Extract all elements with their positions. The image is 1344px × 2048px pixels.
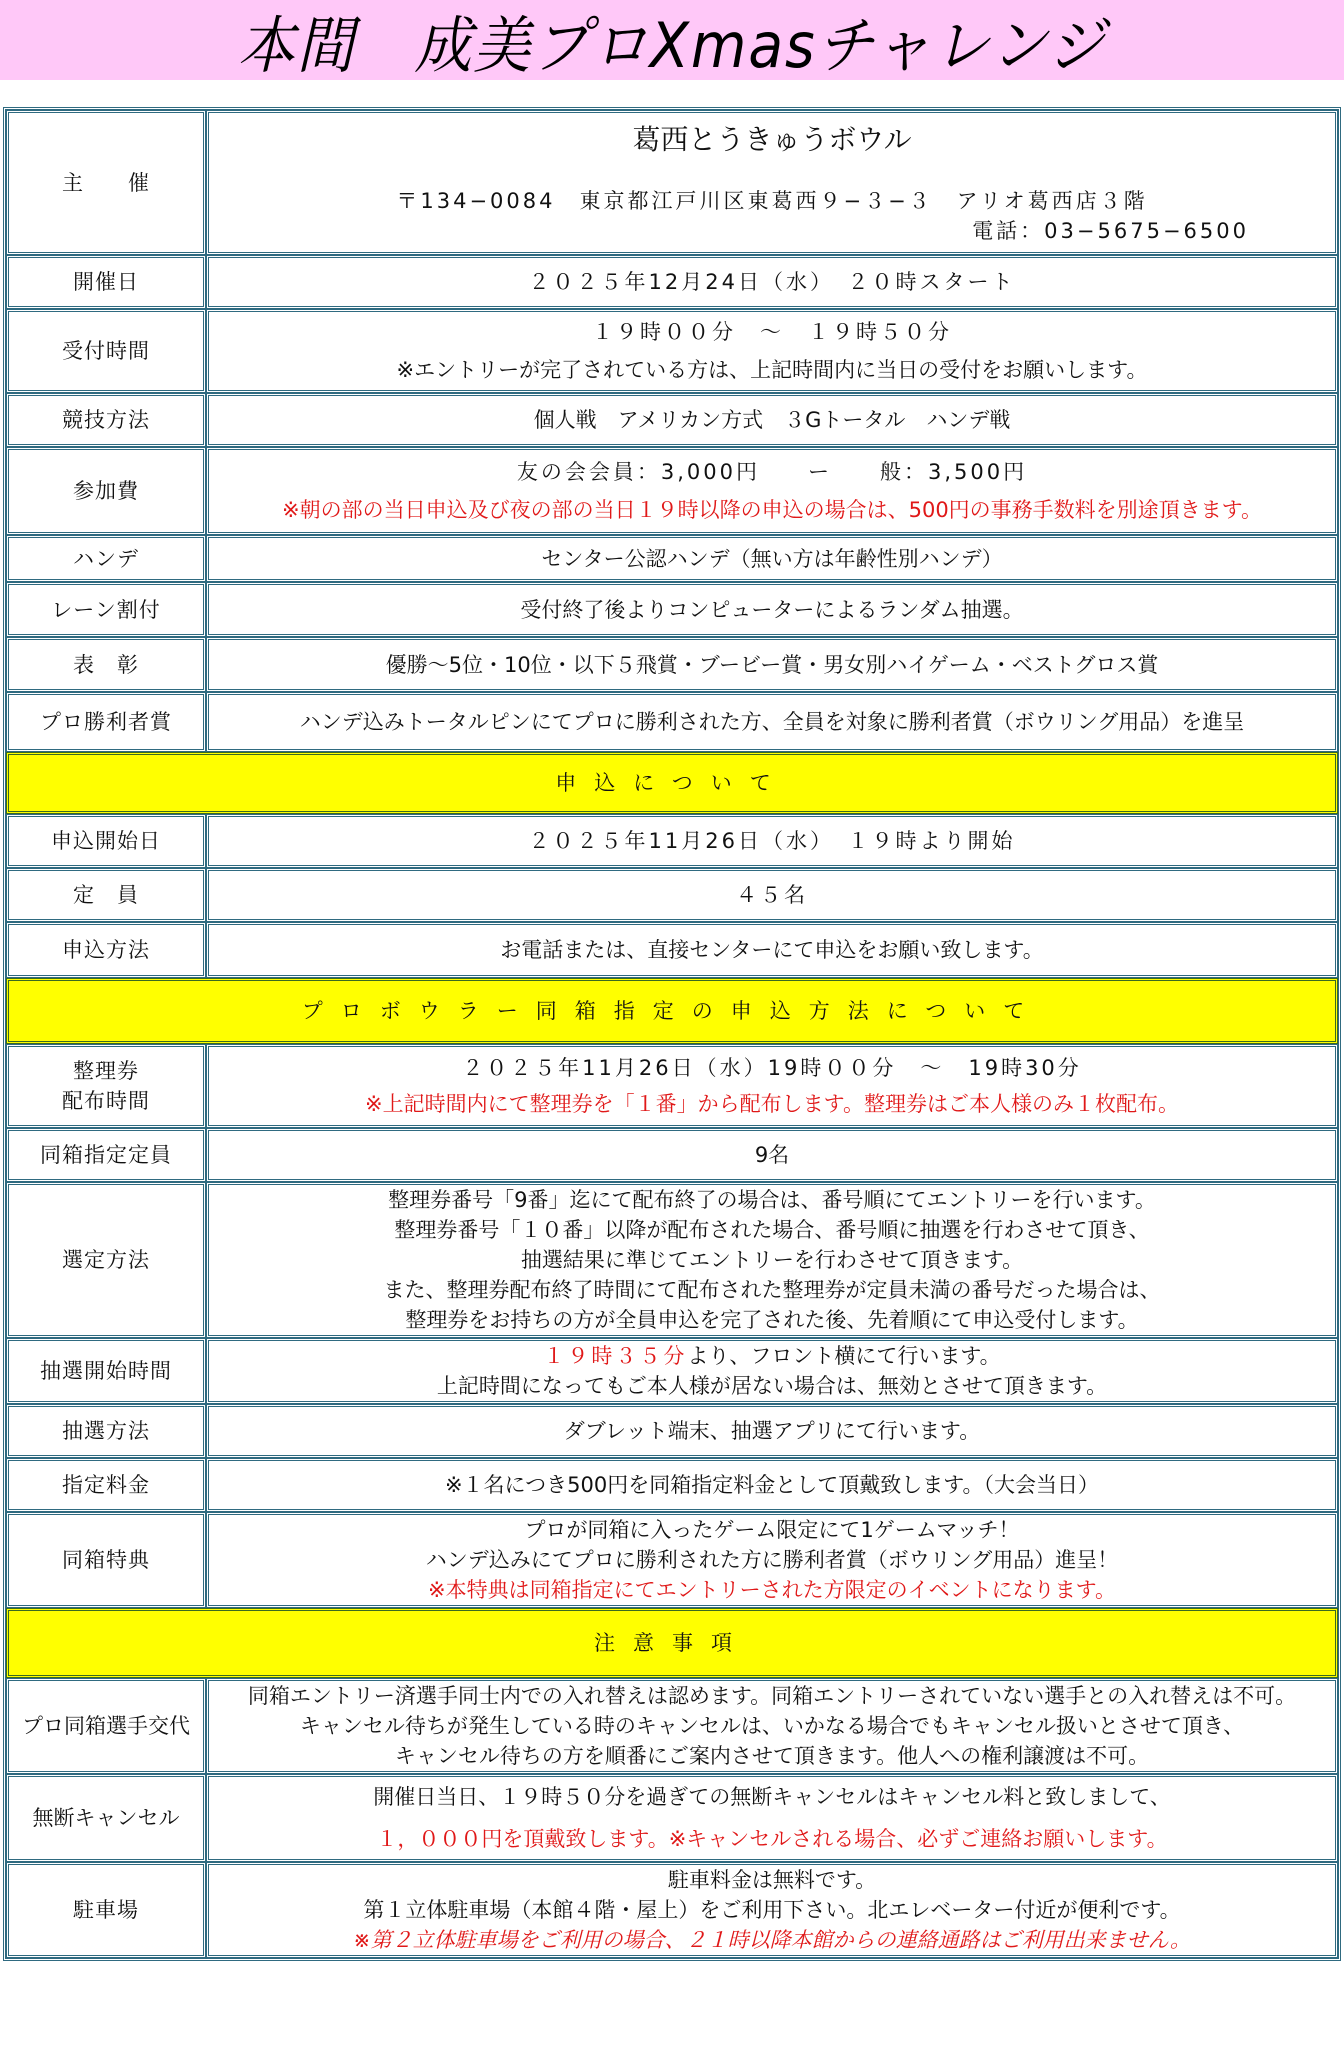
parking-line2: 第１立体駐車場（本館４階・屋上）をご利用下さい。北エレベーター付近が便利です。 <box>215 1895 1329 1925</box>
row-swap: プロ同箱選手交代 同箱エントリー済選手同士内での入れ替えは認めます。同箱エントリ… <box>6 1678 1338 1774</box>
selection-line: 整理券番号「１０番」以降が配布された場合、番号順に抽選を行わさせて頂き、 <box>215 1215 1329 1245</box>
label-lottery-start: 抽選開始時間 <box>6 1338 206 1404</box>
row-no-show: 無断キャンセル 開催日当日、１９時５０分を過ぎての無断キャンセルはキャンセル料と… <box>6 1774 1338 1862</box>
reception-time: １９時００分 ～ １９時５０分 <box>215 317 1329 347</box>
row-lanes: レーン割付 受付終了後よりコンピューターによるランダム抽選。 <box>6 582 1338 637</box>
pro-capacity-value: 9名 <box>206 1128 1338 1182</box>
row-designation-fee: 指定料金 ※１名につき500円を同箱指定料金として頂戴致します。（大会当日） <box>6 1458 1338 1512</box>
label-reception: 受付時間 <box>6 309 206 393</box>
row-pro-benefit: 同箱特典 プロが同箱に入ったゲーム限定にて1ゲームマッチ！ ハンデ込みにてプロに… <box>6 1512 1338 1608</box>
label-pro-win: プロ勝利者賞 <box>6 692 206 752</box>
selection-line: また、整理券配布終了時間にて配布された整理券が定員未満の番号だった場合は、 <box>215 1275 1329 1305</box>
reception-note: ※エントリーが完了されている方は、上記時間内に当日の受付をお願いします。 <box>215 355 1329 385</box>
label-format: 競技方法 <box>6 393 206 447</box>
swap-line: キャンセル待ちが発生している時のキャンセルは、いかなる場合でもキャンセル扱いとさ… <box>215 1711 1329 1741</box>
event-date-value: ２０２５年12月24日（水） ２０時スタート <box>206 255 1338 309</box>
format-value: 個人戦 アメリカン方式 ３Gトータル ハンデ戦 <box>206 393 1338 447</box>
pro-benefit-note: ※本特典は同箱指定にてエントリーされた方限定のイベントになります。 <box>215 1575 1329 1605</box>
swap-cell: 同箱エントリー済選手同士内での入れ替えは認めます。同箱エントリーされていない選手… <box>206 1678 1338 1774</box>
row-ticket: 整理券 配布時間 ２０２５年11月26日（水）19時００分 ～ 19時30分 ※… <box>6 1044 1338 1128</box>
selection-line: 抽選結果に準じてエントリーを行わさせて頂きます。 <box>215 1245 1329 1275</box>
row-lottery-method: 抽選方法 ダブレット端末、抽選アプリにて行います。 <box>6 1404 1338 1458</box>
label-ticket-line1: 整理券 <box>15 1056 197 1086</box>
apply-method-value: お電話または、直接センターにて申込をお願い致します。 <box>206 922 1338 978</box>
swap-line: 同箱エントリー済選手同士内での入れ替えは認めます。同箱エントリーされていない選手… <box>215 1681 1329 1711</box>
lanes-value: 受付終了後よりコンピューターによるランダム抽選。 <box>206 582 1338 637</box>
row-apply-start: 申込開始日 ２０２５年11月26日（水） １９時より開始 <box>6 814 1338 868</box>
label-swap: プロ同箱選手交代 <box>6 1678 206 1774</box>
label-ticket: 整理券 配布時間 <box>6 1044 206 1128</box>
organizer-cell: 葛西とうきゅうボウル 〒134−0084 東京都江戸川区東葛西９−３−３ アリオ… <box>206 110 1338 255</box>
label-event-date: 開催日 <box>6 255 206 309</box>
apply-start-value: ２０２５年11月26日（水） １９時より開始 <box>206 814 1338 868</box>
no-show-cell: 開催日当日、１９時５０分を過ぎての無断キャンセルはキャンセル料と致しまして、 １… <box>206 1774 1338 1862</box>
label-no-show: 無断キャンセル <box>6 1774 206 1862</box>
label-designation-fee: 指定料金 <box>6 1458 206 1512</box>
row-format: 競技方法 個人戦 アメリカン方式 ３Gトータル ハンデ戦 <box>6 393 1338 447</box>
fee-cell: 友の会会員：3,000円 ー 般：3,500円 ※朝の部の当日申込及び夜の部の当… <box>206 447 1338 535</box>
event-info-table: 主 催 葛西とうきゅうボウル 〒134−0084 東京都江戸川区東葛西９−３−３… <box>3 107 1341 1961</box>
selection-cell: 整理券番号「9番」迄にて配布終了の場合は、番号順にてエントリーを行います。 整理… <box>206 1182 1338 1338</box>
fee-note: ※朝の部の当日申込及び夜の部の当日１９時以降の申込の場合は、500円の事務手数料… <box>215 495 1329 525</box>
awards-value: 優勝～5位・10位・以下５飛賞・ブービー賞・男女別ハイゲーム・ベストグロス賞 <box>206 637 1338 692</box>
pro-win-value: ハンデ込みトータルピンにてプロに勝利された方、全員を対象に勝利者賞（ボウリング用… <box>206 692 1338 752</box>
organizer-name: 葛西とうきゅうボウル <box>215 120 1329 160</box>
section-header-notes: 注意事項 <box>6 1608 1338 1678</box>
row-fee: 参加費 友の会会員：3,000円 ー 般：3,500円 ※朝の部の当日申込及び夜… <box>6 447 1338 535</box>
section-pro-row: プロボウラー同箱指定の申込方法について <box>6 978 1338 1044</box>
section-apply-row: 申込について <box>6 752 1338 814</box>
lottery-start-text: より、フロント横にて行います。 <box>687 1344 1000 1368</box>
label-pro-capacity: 同箱指定定員 <box>6 1128 206 1182</box>
ticket-note: ※上記時間内にて整理券を「１番」から配布します。整理券はご本人様のみ１枚配布。 <box>215 1089 1329 1119</box>
label-fee: 参加費 <box>6 447 206 535</box>
pro-benefit-cell: プロが同箱に入ったゲーム限定にて1ゲームマッチ！ ハンデ込みにてプロに勝利された… <box>206 1512 1338 1608</box>
row-event-date: 開催日 ２０２５年12月24日（水） ２０時スタート <box>6 255 1338 309</box>
ticket-time: ２０２５年11月26日（水）19時００分 ～ 19時30分 <box>215 1053 1329 1083</box>
designation-fee-value: ※１名につき500円を同箱指定料金として頂戴致します。（大会当日） <box>206 1458 1338 1512</box>
label-handicap: ハンデ <box>6 535 206 582</box>
ticket-cell: ２０２５年11月26日（水）19時００分 ～ 19時30分 ※上記時間内にて整理… <box>206 1044 1338 1128</box>
row-pro-capacity: 同箱指定定員 9名 <box>6 1128 1338 1182</box>
label-apply-start: 申込開始日 <box>6 814 206 868</box>
lottery-start-line2: 上記時間になってもご本人様が居ない場合は、無効とさせて頂きます。 <box>215 1371 1329 1401</box>
label-selection: 選定方法 <box>6 1182 206 1338</box>
reception-cell: １９時００分 ～ １９時５０分 ※エントリーが完了されている方は、上記時間内に当… <box>206 309 1338 393</box>
section-header-apply: 申込について <box>6 752 1338 814</box>
fee-value: 友の会会員：3,000円 ー 般：3,500円 <box>215 457 1329 487</box>
selection-line: 整理券番号「9番」迄にて配布終了の場合は、番号順にてエントリーを行います。 <box>215 1185 1329 1215</box>
lottery-start-time: １９時３５分 <box>543 1344 687 1368</box>
swap-line: キャンセル待ちの方を順番にご案内させて頂きます。他人への権利譲渡は不可。 <box>215 1741 1329 1771</box>
selection-line: 整理券をお持ちの方が全員申込を完了された後、先着順にて申込受付します。 <box>215 1305 1329 1335</box>
row-pro-win: プロ勝利者賞 ハンデ込みトータルピンにてプロに勝利された方、全員を対象に勝利者賞… <box>6 692 1338 752</box>
label-apply-method: 申込方法 <box>6 922 206 978</box>
row-reception: 受付時間 １９時００分 ～ １９時５０分 ※エントリーが完了されている方は、上記… <box>6 309 1338 393</box>
parking-note: ※第２立体駐車場をご利用の場合、２１時以降本館からの連絡通路はご利用出来ません。 <box>215 1925 1329 1955</box>
label-lanes: レーン割付 <box>6 582 206 637</box>
parking-cell: 駐車料金は無料です。 第１立体駐車場（本館４階・屋上）をご利用下さい。北エレベー… <box>206 1862 1338 1958</box>
label-parking: 駐車場 <box>6 1862 206 1958</box>
row-parking: 駐車場 駐車料金は無料です。 第１立体駐車場（本館４階・屋上）をご利用下さい。北… <box>6 1862 1338 1958</box>
parking-line1: 駐車料金は無料です。 <box>215 1865 1329 1895</box>
row-apply-method: 申込方法 お電話または、直接センターにて申込をお願い致します。 <box>6 922 1338 978</box>
pro-benefit-line1: プロが同箱に入ったゲーム限定にて1ゲームマッチ！ <box>215 1515 1329 1545</box>
pro-benefit-line2: ハンデ込みにてプロに勝利された方に勝利者賞（ボウリング用品）進呈！ <box>215 1545 1329 1575</box>
label-awards: 表 彰 <box>6 637 206 692</box>
label-organizer: 主 催 <box>6 110 206 255</box>
label-ticket-line2: 配布時間 <box>15 1086 197 1116</box>
lottery-method-value: ダブレット端末、抽選アプリにて行います。 <box>206 1404 1338 1458</box>
page-title: 本間 成美プロXmasチャレンジ <box>238 0 1107 85</box>
row-selection: 選定方法 整理券番号「9番」迄にて配布終了の場合は、番号順にてエントリーを行いま… <box>6 1182 1338 1338</box>
no-show-line1: 開催日当日、１９時５０分を過ぎての無断キャンセルはキャンセル料と致しまして、 <box>215 1782 1329 1812</box>
title-banner: 本間 成美プロXmasチャレンジ <box>0 0 1344 80</box>
no-show-note: １，０００円を頂戴致します。※キャンセルされる場合、必ずご連絡お願いします。 <box>215 1824 1329 1854</box>
lottery-start-cell: １９時３５分より、フロント横にて行います。 上記時間になってもご本人様が居ない場… <box>206 1338 1338 1404</box>
row-capacity: 定 員 ４５名 <box>6 868 1338 922</box>
handicap-value: センター公認ハンデ（無い方は年齢性別ハンデ） <box>206 535 1338 582</box>
row-handicap: ハンデ センター公認ハンデ（無い方は年齢性別ハンデ） <box>6 535 1338 582</box>
section-notes-row: 注意事項 <box>6 1608 1338 1678</box>
label-pro-benefit: 同箱特典 <box>6 1512 206 1608</box>
label-capacity: 定 員 <box>6 868 206 922</box>
capacity-value: ４５名 <box>206 868 1338 922</box>
label-lottery-method: 抽選方法 <box>6 1404 206 1458</box>
organizer-phone: 電話：03−5675−6500 <box>215 216 1329 246</box>
row-organizer: 主 催 葛西とうきゅうボウル 〒134−0084 東京都江戸川区東葛西９−３−３… <box>6 110 1338 255</box>
row-awards: 表 彰 優勝～5位・10位・以下５飛賞・ブービー賞・男女別ハイゲーム・ベストグロ… <box>6 637 1338 692</box>
organizer-address: 〒134−0084 東京都江戸川区東葛西９−３−３ アリオ葛西店３階 <box>215 186 1329 216</box>
row-lottery-start: 抽選開始時間 １９時３５分より、フロント横にて行います。 上記時間になってもご本… <box>6 1338 1338 1404</box>
section-header-pro-designation: プロボウラー同箱指定の申込方法について <box>6 978 1338 1044</box>
lottery-start-line1: １９時３５分より、フロント横にて行います。 <box>215 1341 1329 1371</box>
